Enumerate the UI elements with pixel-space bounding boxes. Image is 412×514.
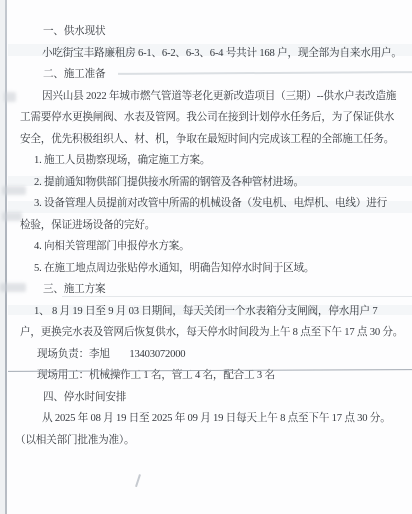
list-item-line: 3. 设备管理人员提前对改管中所需的机械设备（发电机、电焊机、电线）进行 [20, 193, 408, 215]
body-line: 因兴山县 2022 年城市燃气管道等老化更新改造项目（三期）--供水户表改造施 [20, 86, 408, 108]
crew-line: 现场用工：机械操作工 1 名，管工 4 名，配合工 3 名 [20, 365, 408, 387]
section-heading-line: 二、施工准备 [20, 64, 408, 86]
list-item-line: 1. 施工人员勘察现场，确定施工方案。 [20, 150, 408, 172]
section-heading-line: 一、供水现状 [20, 21, 408, 43]
body-line: 从 2025 年 08 月 19 日至 2025 年 09 月 19 日每天上午… [20, 408, 408, 430]
body-line: 户，更换完水表及管网后恢复供水，每天停水时间段为上午 8 点至下午 17 点 3… [20, 322, 408, 344]
body-line: 小吃街宝丰路廉租房 6-1、6-2、6-3、6-4 号共计 168 户，现全部为… [20, 43, 408, 65]
body-line: 安全，优先积极组织人、材、机，争取在最短时间内完成该工程的全部施工任务。 [20, 129, 408, 151]
section-heading-line: 三、施工方案 [20, 279, 408, 301]
scan-smudge [4, 92, 16, 102]
body-line: 检验，保证进场设备的完好。 [20, 215, 408, 237]
document-text-block: 一、供水现状 小吃街宝丰路廉租房 6-1、6-2、6-3、6-4 号共计 168… [20, 21, 408, 451]
list-item-line: 5. 在施工地点周边张贴停水通知，明确告知停水时间于区域。 [20, 258, 408, 280]
section-heading-line: 四、停水时间安排 [20, 387, 408, 409]
body-line: 工需要停水更换闸阀、水表及管网。我公司在接到计划停水任务后，为了保证供水 [20, 107, 408, 129]
list-item-line: 4. 向相关管理部门申报停水方案。 [20, 236, 408, 258]
contact-line: 现场负责：李旭 13403072000 [20, 344, 408, 366]
scan-smudge [2, 212, 22, 221]
note-line: （以相关部门批准为准）。 [15, 430, 408, 452]
scan-mark [135, 474, 140, 487]
scanned-page: 一、供水现状 小吃街宝丰路廉租房 6-1、6-2、6-3、6-4 号共计 168… [0, 0, 412, 514]
page-edge-line [5, 0, 7, 514]
list-item-line: 2. 提前通知物供部门提供接水所需的钢管及各种管材进场。 [20, 172, 408, 194]
list-item-line: 1、 8 月 19 日至 9 月 03 日期间，每天关闭一个水表箱分支闸阀，停水… [20, 301, 408, 323]
